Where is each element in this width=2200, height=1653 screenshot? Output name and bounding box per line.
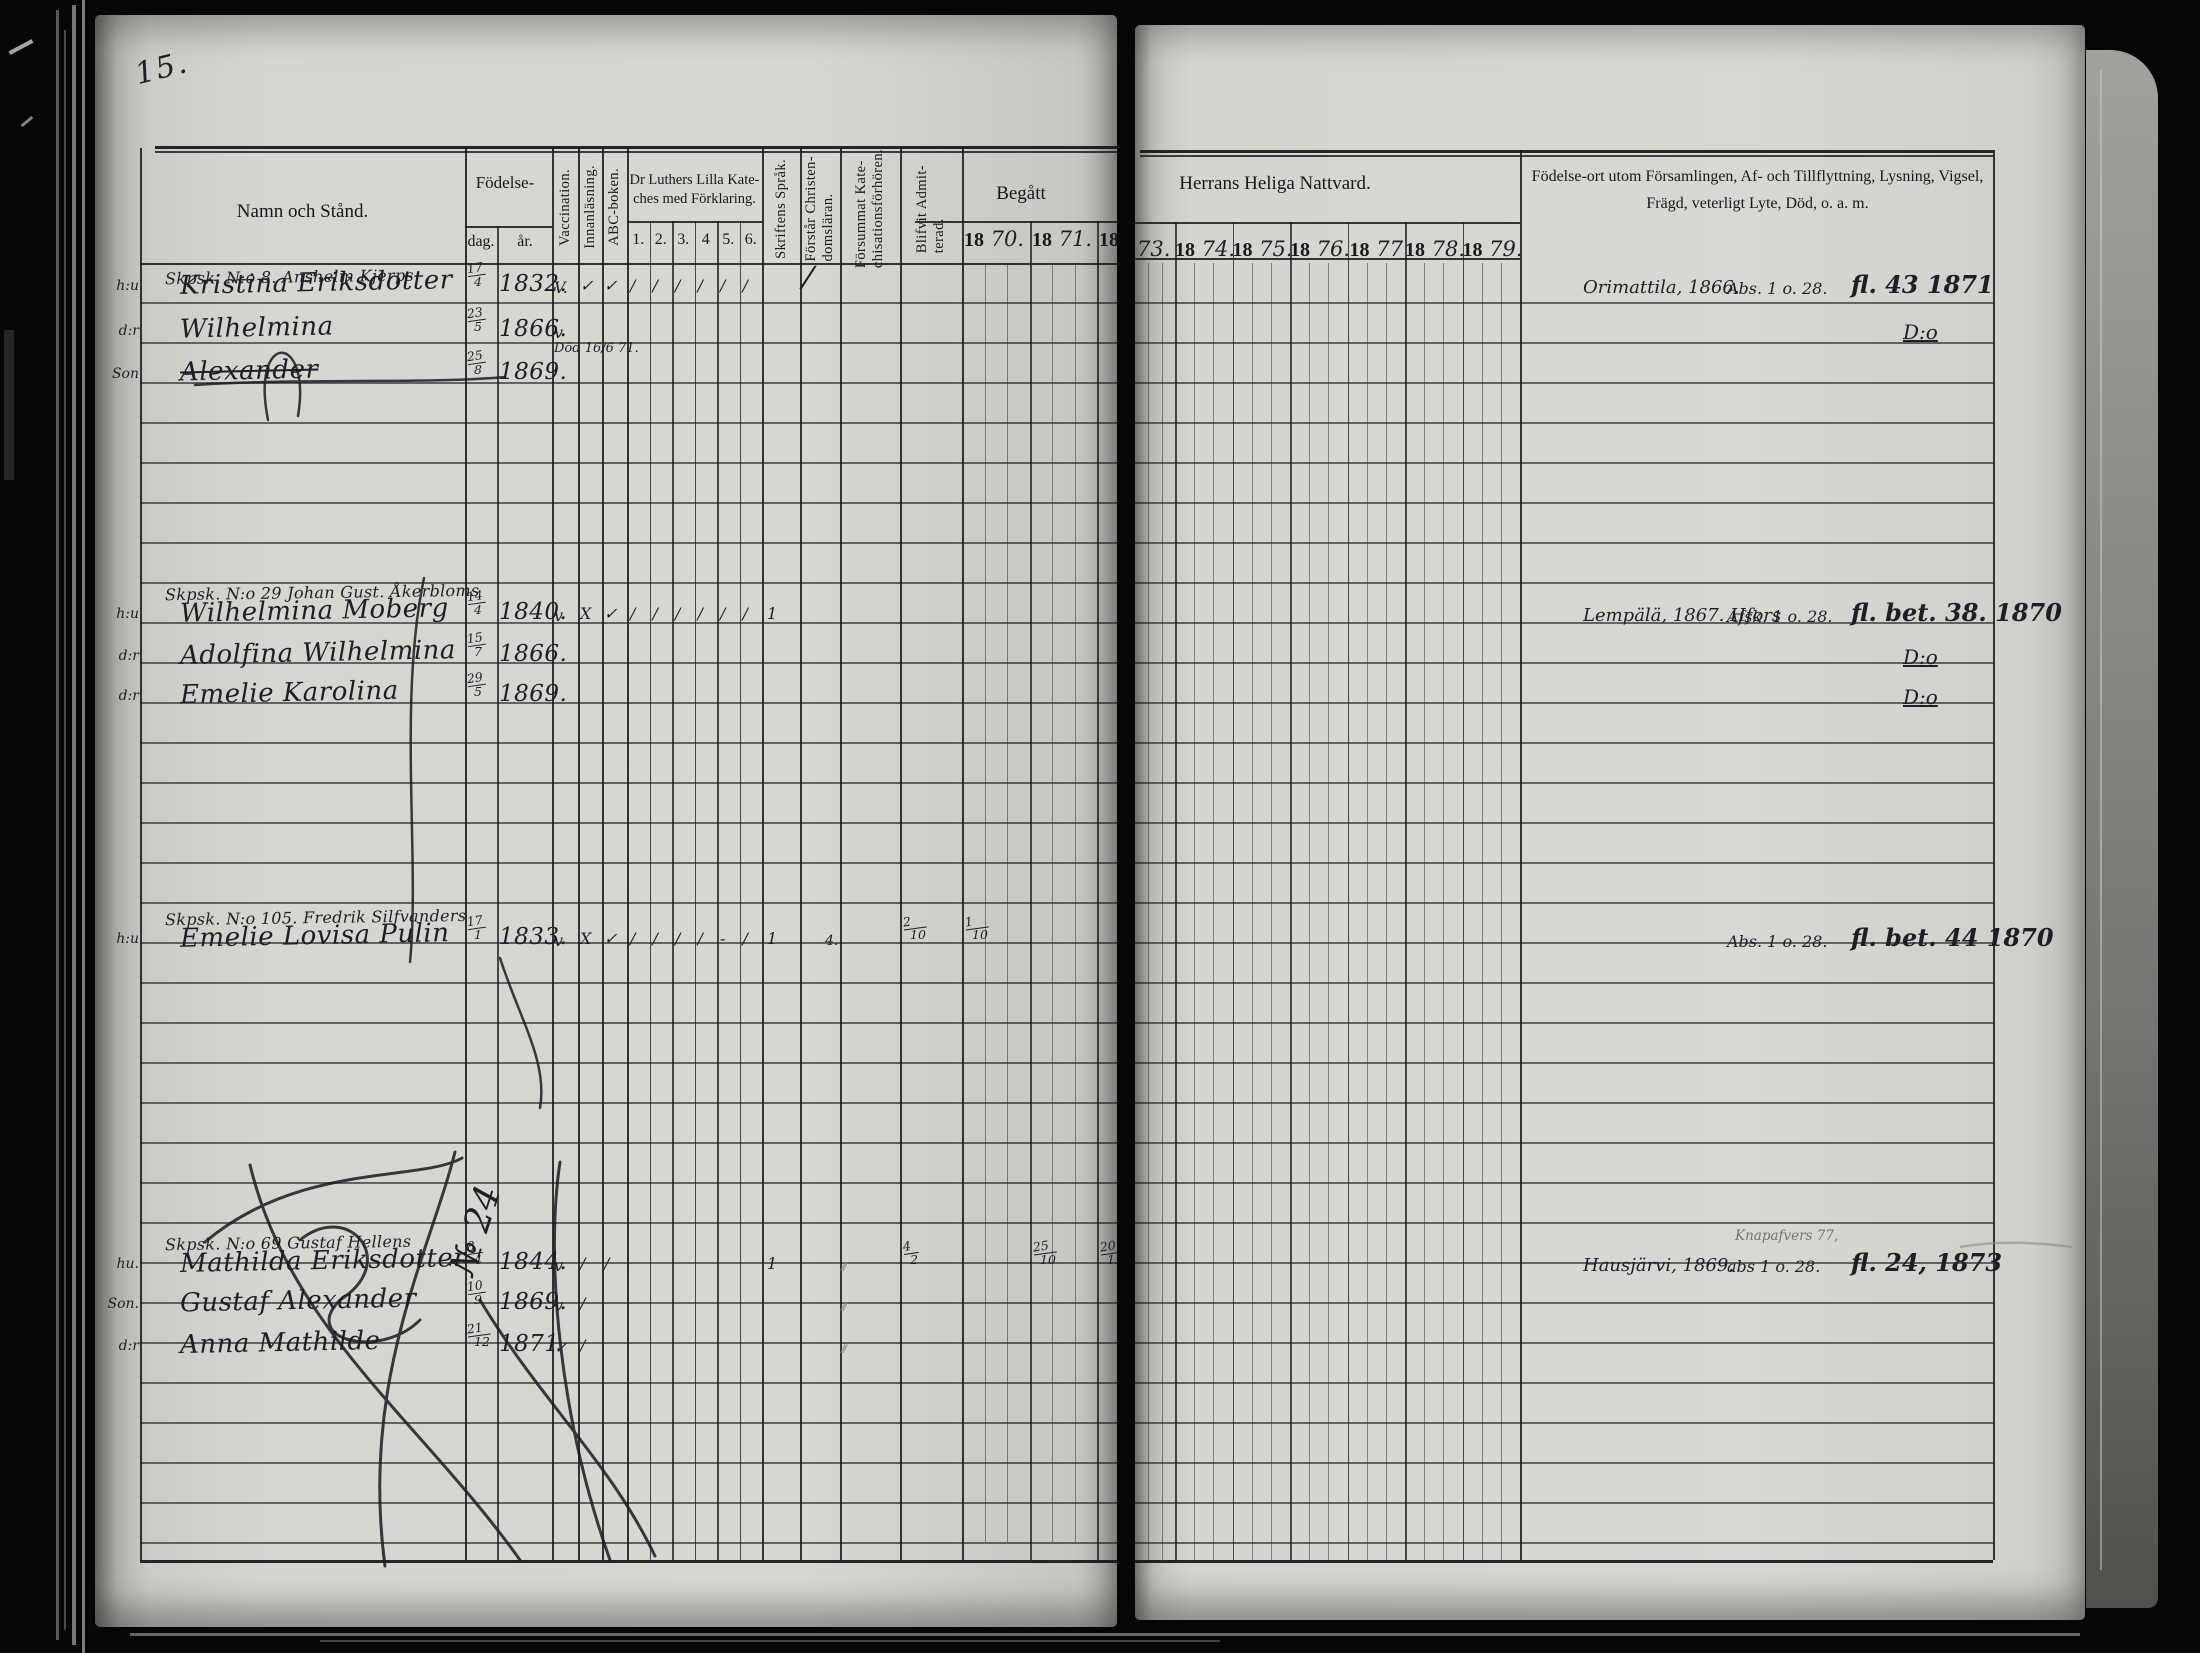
birth-day: 295: [467, 672, 485, 698]
mark-understands-number: 4.: [825, 933, 838, 949]
catechism-col-number: 4: [695, 231, 718, 249]
rule-line-v: [1328, 263, 1329, 1560]
mark-pencil-scribble: ///: [841, 1262, 845, 1273]
mark-vaccination: ✓: [554, 1338, 567, 1357]
year-prefix: 18: [1463, 239, 1483, 261]
rule-line-h: [1135, 1302, 1993, 1304]
person-name: Wilhelmina Moberg: [180, 593, 449, 629]
mark-catechism: /: [653, 604, 658, 623]
mark-script-lang: 1: [767, 1254, 777, 1273]
mark-vaccination: v: [554, 323, 563, 342]
mark-vaccination: v: [554, 1296, 563, 1315]
mark-vaccination: V.: [554, 278, 568, 297]
mark-catechism: /: [698, 276, 703, 295]
bottom-stack-line: [320, 1640, 1220, 1642]
person-name: Alexander: [180, 355, 319, 388]
note-death: Död 16/6 71.: [554, 341, 714, 356]
catechism-col-number: 2.: [650, 231, 673, 249]
person-name: Emelie Lovisa Pulin: [180, 918, 450, 954]
header-understands: Förstår Christen- domsläran.: [800, 153, 840, 265]
person-name: Gustaf Alexander: [180, 1284, 417, 1319]
rule-line-h: [1135, 1062, 1993, 1064]
rule-line-v: [1367, 263, 1368, 1560]
mark-reading: ✓: [580, 276, 593, 295]
rule-line-h: [1135, 782, 1993, 784]
rule-line-h: [1135, 662, 1993, 664]
person-name: Adolfina Wilhelmina: [180, 635, 456, 671]
header-reading: Innanläsning.: [578, 153, 602, 261]
header-birth: Födelse-: [455, 173, 555, 193]
fore-edge-pages: [2086, 50, 2158, 1608]
rule-line-v: [1993, 150, 1995, 1560]
birth-year: 1869.: [499, 359, 567, 385]
birth-day: 144: [467, 590, 485, 616]
year-prefix: 18: [1350, 239, 1370, 261]
mark-catechism: /: [630, 929, 635, 948]
rule-line-h: [1140, 150, 1993, 153]
year-header-1870s: 18 70.: [964, 227, 1030, 259]
rule-line-v: [962, 148, 964, 1560]
rule-line-v: [1290, 222, 1292, 1560]
mark-abc-book: ✓: [604, 929, 617, 948]
note-moved: fl. bet. 44 1870: [1851, 923, 2054, 952]
rule-line-v: [1386, 263, 1387, 1560]
rule-line-v: [1348, 222, 1350, 1560]
year-prefix: 18: [1175, 239, 1195, 261]
rule-line-v: [1194, 263, 1195, 1560]
birth-day: 157: [467, 632, 485, 658]
rule-line-h: [1135, 1560, 1993, 1563]
birth-day: 235: [467, 307, 485, 333]
birth-day: 171: [467, 915, 485, 941]
header-catechism: Dr Luthers Lilla Kate- ches med Förklari…: [627, 171, 762, 209]
rule-line-h: [1135, 902, 1993, 904]
header-abc-book-label: ABC-boken.: [606, 168, 623, 246]
mark-catechism: /: [630, 276, 635, 295]
page-stack-edge-line: [56, 10, 59, 1640]
rule-line-v: [1482, 263, 1483, 1560]
mark-abc-book: ✓: [604, 276, 617, 295]
year-prefix: 18: [1032, 229, 1052, 251]
year-prefix: 18: [1233, 239, 1253, 261]
note-pencil: Knapafvers 77,: [1735, 1228, 1838, 1244]
relation-label: d:r: [97, 1338, 139, 1354]
note-absolution: Abs. 1 o. 28.: [1727, 279, 1827, 298]
mark-catechism: /: [698, 929, 703, 948]
person-name: Emelie Karolina: [180, 676, 399, 711]
rule-line-v: [672, 221, 674, 1560]
year-handwritten: 70.: [984, 227, 1024, 251]
birth-day: 109: [467, 1280, 485, 1306]
year-prefix: 18: [1099, 229, 1117, 251]
rule-line-v: [1309, 263, 1310, 1560]
relation-label: Son: [97, 366, 139, 382]
header-notes-col: Födelse-ort utom Församlingen, Af- och T…: [1530, 163, 1985, 217]
rule-line-h: [1135, 1182, 1993, 1184]
mark-reading: X: [580, 604, 591, 623]
catechism-col-number: 6.: [740, 231, 763, 249]
rule-line-v: [1233, 222, 1235, 1560]
relation-label: d:r: [97, 323, 139, 339]
mark-reading: X: [580, 929, 591, 948]
birth-day: 174: [467, 262, 485, 288]
birth-day: 258: [467, 350, 485, 376]
left-page: 15. Namn och Stånd. Födelse- dag. år. Va…: [95, 15, 1117, 1627]
mark-catechism: /: [675, 604, 680, 623]
year-handwritten: 77: [1370, 237, 1403, 261]
header-script-lang: Skriftens Språk.: [762, 153, 800, 265]
spine-scuff: [4, 330, 14, 480]
rule-line-h: [1135, 462, 1993, 464]
rule-line-h: [1135, 1502, 1993, 1504]
rule-line-h: [1135, 422, 1993, 424]
mark-catechism: /: [743, 929, 748, 948]
rule-line-v: [800, 148, 802, 1560]
rule-line-h: [1135, 1222, 1993, 1224]
rule-line-h: [1135, 1542, 1993, 1544]
rule-line-v: [1075, 263, 1076, 1542]
year-header-1870s: 18 78.: [1405, 237, 1463, 269]
page-stack-edge-line: [72, 5, 76, 1645]
page-stack-edge-line: [82, 0, 85, 1653]
rule-line-h: [1140, 155, 1993, 157]
note-absolution: abs 1 o. 28.: [1727, 1257, 1820, 1276]
rule-line-v: [497, 226, 499, 1560]
mark-vaccination: v: [554, 606, 563, 625]
year-handwritten: 75.: [1253, 237, 1291, 261]
person-name: Mathilda Eriksdotter: [180, 1243, 467, 1279]
year-prefix: 18: [1405, 239, 1425, 261]
rule-line-h: [1135, 982, 1993, 984]
rule-line-h: [1135, 822, 1993, 824]
year-header-1873-partial: 73.: [1137, 237, 1173, 269]
rule-line-v: [1252, 263, 1253, 1560]
rule-line-h: [155, 151, 1117, 153]
year-prefix: 18: [1290, 239, 1310, 261]
relation-label: h:u: [97, 606, 139, 622]
birth-day: 2112: [467, 1322, 490, 1348]
rule-line-v: [650, 221, 652, 1560]
mark-reading: /: [580, 1336, 585, 1355]
rule-line-h: [1135, 1462, 1993, 1464]
rule-line-h: [1135, 702, 1993, 704]
birth-year: 1871: [499, 1331, 560, 1357]
relation-label: Son.: [97, 1296, 139, 1312]
rule-line-v: [985, 263, 986, 1542]
rule-line-h: [465, 226, 552, 228]
rule-line-h: [1135, 502, 1993, 504]
year-header-1870s: 18 71.: [1032, 227, 1097, 259]
header-reading-label: Innanläsning.: [582, 165, 599, 249]
rule-line-v: [717, 221, 719, 1560]
rule-line-v: [1443, 263, 1444, 1560]
rule-line-v: [627, 148, 629, 1560]
rule-line-h: [1135, 582, 1993, 584]
year-header-1870s: 18 79.: [1463, 237, 1521, 269]
page-number: 15.: [132, 45, 193, 92]
note-ditto: D:o: [1903, 645, 1938, 669]
header-communion-title: Herrans Heliga Nattvard.: [1135, 173, 1415, 195]
year-header-1870s: 18 75.: [1233, 237, 1291, 269]
mark-catechism: /: [743, 604, 748, 623]
relation-label: h:u: [97, 931, 139, 947]
mark-reading: /: [580, 1294, 585, 1313]
relation-label: d:r: [97, 688, 139, 704]
mark-admitted-date: 42: [903, 1240, 918, 1266]
rule-line-h: [1135, 1342, 1993, 1344]
header-understands-label: Förstår Christen- domsläran.: [803, 156, 837, 261]
year-handwritten: 74.: [1195, 237, 1233, 261]
mark-catechism: /: [675, 929, 680, 948]
header-abc-book: ABC-boken.: [602, 153, 627, 261]
header-birth-year: år.: [499, 233, 551, 251]
header-begatt: Begått: [925, 183, 1117, 205]
mark-vaccination: v: [554, 931, 563, 950]
rule-line-h: [1135, 542, 1993, 544]
rule-line-v: [1030, 221, 1032, 1560]
header-admitted-label: Blifvit Admit- terad.: [914, 165, 948, 253]
bottom-stack-line: [130, 1633, 2080, 1636]
rule-line-v: [1405, 222, 1407, 1560]
person-name: Kristina Eriksdotter: [180, 265, 453, 301]
year-handwritten: 71.: [1052, 227, 1092, 251]
year-header-1870s: 18 74.: [1175, 237, 1233, 269]
header-script-lang-label: Skriftens Språk.: [773, 159, 790, 259]
mark-catechism: /: [675, 276, 680, 295]
header-vaccination-label: Vaccination.: [557, 169, 574, 246]
relation-label: hu.: [97, 1256, 139, 1272]
rule-line-h: [155, 146, 1117, 149]
header-name-col: Namn och Stånd.: [140, 201, 465, 223]
year-header-1870s: 18 77: [1348, 237, 1406, 269]
note-moved: fl. bet. 38. 1870: [1851, 598, 2062, 627]
note-ditto: D:o: [1903, 320, 1938, 344]
mark-catechism: /: [720, 276, 725, 295]
person-name: Wilhelmina: [180, 311, 334, 344]
rule-line-h: [1135, 1102, 1993, 1104]
mark-pencil-scribble: ///: [841, 1302, 845, 1313]
birth-year: 1869.: [499, 681, 567, 707]
note-birthplace: Hausjärvi, 1869.: [1583, 1255, 1734, 1276]
rule-line-h: [1135, 1022, 1993, 1024]
rule-line-v: [1424, 263, 1425, 1560]
rule-line-h: [1135, 1382, 1993, 1384]
rule-line-h: [915, 221, 1117, 223]
rule-line-v: [1052, 263, 1053, 1542]
rule-line-v: [740, 221, 742, 1560]
relation-label: h:u: [97, 278, 139, 294]
year-handwritten: 73.: [1137, 237, 1170, 261]
rule-line-v: [695, 221, 697, 1560]
mark-catechism: /: [653, 276, 658, 295]
mark-script-lang: 1: [767, 929, 777, 948]
header-admitted: Blifvit Admit- terad.: [900, 153, 962, 265]
rule-line-v: [1007, 263, 1008, 1542]
relation-label: d:r: [97, 648, 139, 664]
rule-line-h: [140, 1560, 1117, 1563]
rule-line-v: [1520, 150, 1522, 1560]
page-stack-edge-line: [64, 30, 66, 1630]
rule-line-h: [1135, 342, 1993, 344]
rule-line-h: [1135, 382, 1993, 384]
catechism-col-number: 3.: [672, 231, 695, 249]
note-moved: fl. 43 1871: [1851, 270, 1994, 299]
mark-pencil-scribble: ///: [841, 1344, 845, 1355]
year-header-1870s: 18 76.: [1290, 237, 1348, 269]
header-birth-day: dag.: [463, 233, 499, 251]
rule-line-v: [1148, 263, 1149, 1560]
book-spine: [0, 0, 95, 1653]
rule-line-h: [1135, 1422, 1993, 1424]
rule-line-v: [1271, 263, 1272, 1560]
rule-line-v: [900, 148, 902, 1560]
rule-line-v: [1175, 222, 1177, 1560]
rule-line-h: [1135, 862, 1993, 864]
mark-catechism: /: [743, 276, 748, 295]
mark-communion-1872: 2011: [1100, 1240, 1117, 1266]
rule-line-h: [1135, 742, 1993, 744]
rule-line-h: [1135, 1142, 1993, 1144]
mark-vaccination: v: [554, 1256, 563, 1275]
year-handwritten: 78.: [1425, 237, 1463, 261]
mark-abc-book: ✓: [604, 604, 617, 623]
mark-admitted-date: 210: [903, 915, 926, 941]
rule-line-v: [1162, 263, 1163, 1560]
note-moved: fl. 24, 1873: [1851, 1248, 2002, 1277]
rule-line-v: [1463, 222, 1465, 1560]
year-prefix: 18: [964, 229, 984, 251]
mark-catechism: -: [720, 929, 725, 948]
rule-line-v: [140, 148, 142, 1560]
mark-understands: /: [801, 260, 815, 296]
mark-catechism: /: [653, 929, 658, 948]
church-register-scan: 15. Namn och Stånd. Födelse- dag. år. Va…: [0, 0, 2200, 1653]
mark-script-lang: 1: [767, 604, 777, 623]
rule-line-v: [762, 148, 764, 1560]
note-ditto: D:o: [1903, 685, 1938, 709]
header-missed: Försummat Kate- chisationsförhören.: [840, 151, 900, 267]
person-name: Anna Mathilde: [180, 1326, 381, 1360]
rule-line-h: [1135, 302, 1993, 304]
mark-catechism: /: [698, 604, 703, 623]
birth-year: 1866.: [499, 641, 567, 667]
fore-edge-line: [2100, 70, 2102, 1570]
rule-line-v: [1213, 263, 1214, 1560]
year-header-1870s: 18 72.: [1099, 227, 1117, 259]
mark-catechism: /: [630, 604, 635, 623]
note-absolution: Abs. 1 o. 28.: [1727, 932, 1827, 951]
mark-abc-book: /: [604, 1254, 609, 1273]
mark-catechism: /: [720, 604, 725, 623]
mark-reading: /: [580, 1254, 585, 1273]
catechism-col-number: 5.: [717, 231, 740, 249]
right-page: Herrans Heliga Nattvard. Födelse-ort uto…: [1135, 25, 2085, 1620]
note-absolution: Afsk. 1 o. 28.: [1727, 607, 1833, 626]
year-handwritten: 76.: [1310, 237, 1348, 261]
header-missed-label: Försummat Kate- chisationsförhören.: [853, 149, 887, 268]
header-vaccination: Vaccination.: [552, 153, 578, 261]
rule-line-v: [1501, 263, 1502, 1560]
rule-line-v: [1097, 221, 1099, 1560]
rule-line-v: [602, 148, 604, 1560]
mark-communion-1871: 2510: [1033, 1240, 1056, 1266]
note-birthplace: Orimattila, 1866.: [1583, 277, 1740, 298]
catechism-col-number: 1.: [627, 231, 650, 249]
year-handwritten: 79.: [1483, 237, 1521, 261]
mark-communion-1870: 110: [965, 915, 988, 941]
